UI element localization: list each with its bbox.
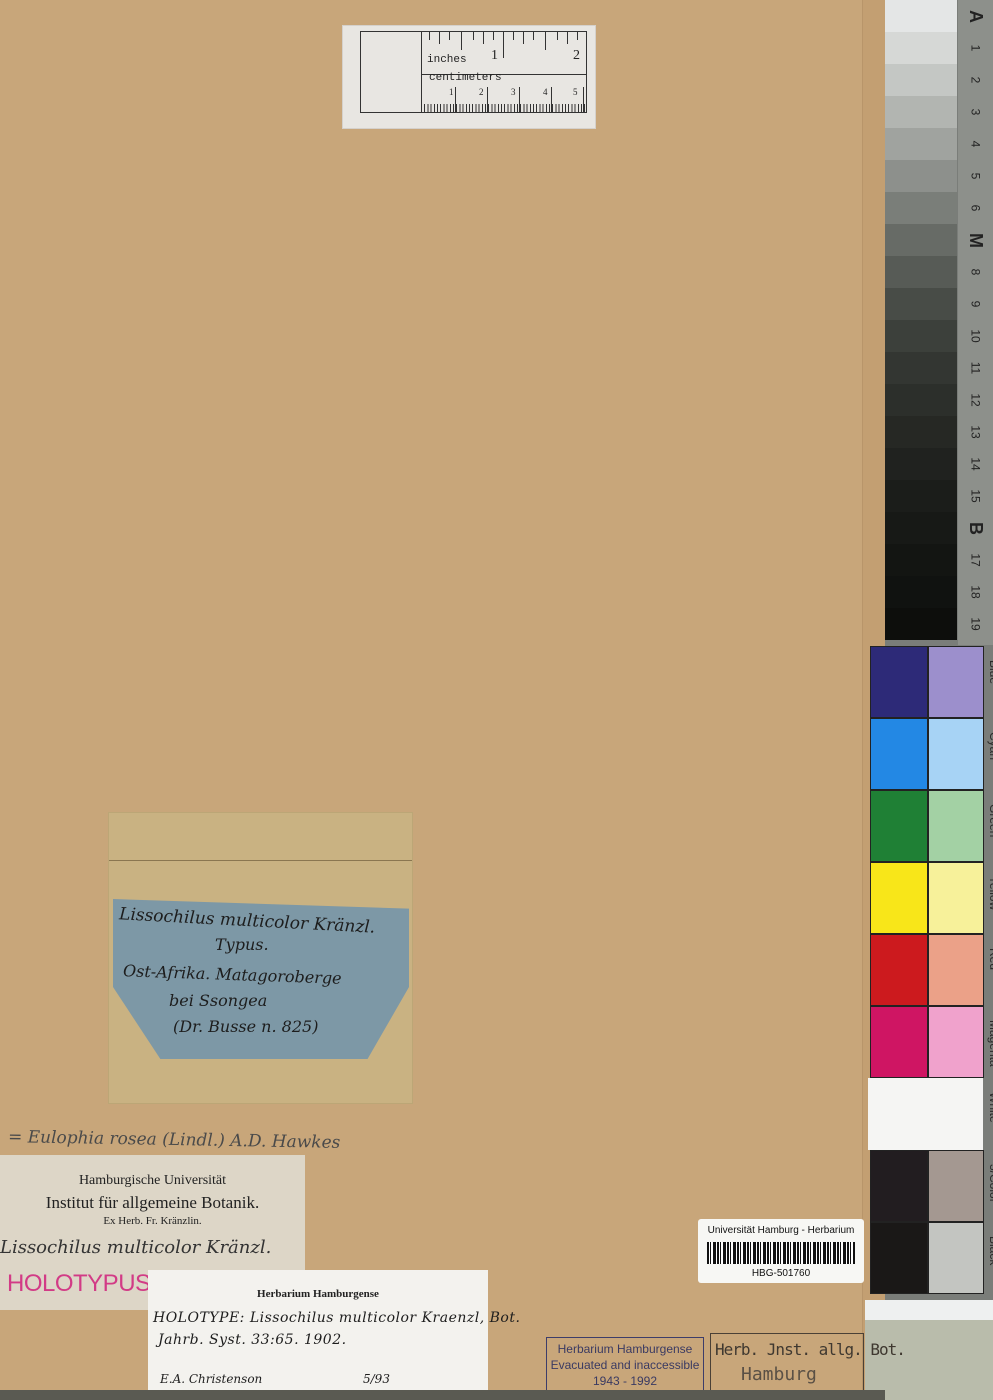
card-bottom-area xyxy=(865,1320,993,1400)
institute-stamp: Herb. Jnst. allg. Bot. Hamburg xyxy=(710,1333,864,1396)
gray-patch xyxy=(885,608,957,640)
color-patch-dark xyxy=(870,862,928,934)
gray-scale-label: 6 xyxy=(969,191,983,226)
gray-scale-label: 5 xyxy=(969,159,983,194)
holotype-label-title: Herbarium Hamburgense xyxy=(148,1288,488,1300)
centimeters-label: centimeters xyxy=(429,72,502,84)
color-patch-light xyxy=(928,790,984,862)
gray-scale-label: 13 xyxy=(969,415,983,450)
gray-scale-label: 17 xyxy=(969,543,983,578)
label-line-2: Typus. xyxy=(215,935,269,954)
gray-patch xyxy=(885,320,957,352)
gray-scale-label: B xyxy=(965,511,986,546)
gray-patch xyxy=(885,96,957,128)
gray-patch xyxy=(885,480,957,512)
institute-line-2: Institut für allgemeine Botanik. xyxy=(0,1193,305,1213)
color-patch-label: Black xyxy=(983,1236,993,1265)
white-patch xyxy=(868,1078,983,1150)
ruler-blank-box xyxy=(361,32,422,112)
cm-mark-4: 4 xyxy=(543,87,548,97)
gray-scale-label: 2 xyxy=(969,63,983,98)
color-patch-dark xyxy=(870,790,928,862)
color-patch-dark xyxy=(870,646,928,718)
color-patch-light xyxy=(928,862,984,934)
card-bottom-white-strip xyxy=(865,1300,993,1320)
holotype-label: Herbarium Hamburgense HOLOTYPE: Lissochi… xyxy=(148,1270,488,1398)
gray-patch xyxy=(885,448,957,480)
gray-patch xyxy=(885,224,957,256)
institute-stamp-line-1: Herb. Jnst. allg. Bot. xyxy=(715,1340,905,1359)
evacuation-stamp-line-3: 1943 - 1992 xyxy=(547,1374,703,1388)
color-patch-light xyxy=(928,1006,984,1078)
color-patch-label: White xyxy=(983,1092,993,1123)
scale-ruler: inches 1 2 centimeters 1 2 3 4 5 xyxy=(342,25,596,129)
gray-scale-label: 11 xyxy=(969,351,983,386)
gray-scale-label: A xyxy=(965,0,986,34)
original-blue-label: Lissochilus multicolor Kränzl. Typus. Os… xyxy=(113,899,409,1059)
gray-patch xyxy=(885,544,957,576)
gray-patch xyxy=(885,64,957,96)
gray-patch xyxy=(885,32,957,64)
color-patch-dark xyxy=(870,1006,928,1078)
gray-scale-label: 1 xyxy=(969,31,983,66)
gray-patch xyxy=(885,192,957,224)
gray-patch xyxy=(885,0,957,32)
gray-patch xyxy=(885,512,957,544)
barcode xyxy=(707,1242,855,1264)
gray-scale-label: 14 xyxy=(969,447,983,482)
inch-mark-2: 2 xyxy=(573,48,580,64)
envelope-fold xyxy=(109,860,412,861)
gray-scale-label: 8 xyxy=(969,255,983,290)
institute-handwritten-name: Lissochilus multicolor Kränzl. xyxy=(0,1237,271,1258)
barcode-number: HBG-501760 xyxy=(698,1268,864,1279)
specimen-envelope: Lissochilus multicolor Kränzl. Typus. Os… xyxy=(108,812,413,1104)
label-line-3: Ost-Afrika. Matagoroberge xyxy=(123,961,342,988)
gray-scale-label: 19 xyxy=(969,607,983,642)
color-patch-dark xyxy=(870,934,928,1006)
color-patch-label: Magenta xyxy=(983,1020,993,1067)
cm-mark-2: 2 xyxy=(479,87,484,97)
gray-patch xyxy=(885,576,957,608)
color-patch-label: Yellow xyxy=(983,876,993,910)
determiner-name: E.A. Christenson xyxy=(160,1372,262,1386)
gray-scale-label: 10 xyxy=(969,319,983,354)
gray-patch xyxy=(885,160,957,192)
gray-scale-label: 4 xyxy=(969,127,983,162)
label-line-4: bei Ssongea xyxy=(169,991,267,1010)
gray-patch xyxy=(885,128,957,160)
color-patch-light xyxy=(928,646,984,718)
gray-scale-label: 3 xyxy=(969,95,983,130)
institute-line-1: Hamburgische Universität xyxy=(0,1173,305,1189)
color-patch-label: Red xyxy=(983,948,993,970)
gray-scale-label: 12 xyxy=(969,383,983,418)
gray-scale-label: 15 xyxy=(969,479,983,514)
evacuation-stamp: Herbarium Hamburgense Evacuated and inac… xyxy=(546,1337,704,1395)
evacuation-stamp-line-1: Herbarium Hamburgense xyxy=(547,1342,703,1356)
color-patch-light xyxy=(928,718,984,790)
gray-patch xyxy=(885,256,957,288)
gray-scale-label: 18 xyxy=(969,575,983,610)
inches-label: inches xyxy=(427,54,467,66)
holotype-line-1: HOLOTYPE: Lissochilus multicolor Kraenzl… xyxy=(153,1310,520,1326)
cm-mark-3: 3 xyxy=(511,87,516,97)
gray-patch xyxy=(885,352,957,384)
label-line-1: Lissochilus multicolor Kränzl. xyxy=(119,904,376,937)
gray-scale-label: M xyxy=(965,223,986,258)
color-patch-dark xyxy=(870,1150,928,1222)
holotype-line-2: Jahrb. Syst. 33:65. 1902. xyxy=(158,1332,347,1348)
color-patch-label: Green xyxy=(983,804,993,837)
holotypus-stamp: HOLOTYPUS xyxy=(7,1270,151,1298)
color-patch-light xyxy=(928,934,984,1006)
evacuation-stamp-line-2: Evacuated and inaccessible xyxy=(547,1358,703,1372)
barcode-label-title: Universität Hamburg - Herbarium xyxy=(698,1225,864,1236)
barcode-label: Universität Hamburg - Herbarium HBG-5017… xyxy=(698,1219,864,1283)
gray-patch xyxy=(885,416,957,448)
label-line-5: (Dr. Busse n. 825) xyxy=(173,1017,318,1036)
cm-mark-1: 1 xyxy=(449,87,454,97)
gray-patch xyxy=(885,384,957,416)
inch-mark-1: 1 xyxy=(491,48,498,64)
gray-scale-label: 9 xyxy=(969,287,983,322)
gray-patch xyxy=(885,288,957,320)
color-patch-label: 3/Color xyxy=(983,1164,993,1203)
color-patch-light xyxy=(928,1222,984,1294)
institute-stamp-line-2: Hamburg xyxy=(741,1364,817,1385)
cm-mark-5: 5 xyxy=(573,87,578,97)
color-patch-dark xyxy=(870,718,928,790)
determination-date: 5/93 xyxy=(363,1372,390,1386)
color-patch-label: Blue xyxy=(983,660,993,684)
institute-line-3: Ex Herb. Fr. Kränzlin. xyxy=(0,1215,305,1227)
holotypus-area: HOLOTYPUS xyxy=(0,1260,150,1310)
scan-bottom-edge xyxy=(0,1390,885,1400)
mm-ticks xyxy=(421,104,586,112)
color-patch-light xyxy=(928,1150,984,1222)
color-patch-label: Cyan xyxy=(983,732,993,760)
color-patch-dark xyxy=(870,1222,928,1294)
